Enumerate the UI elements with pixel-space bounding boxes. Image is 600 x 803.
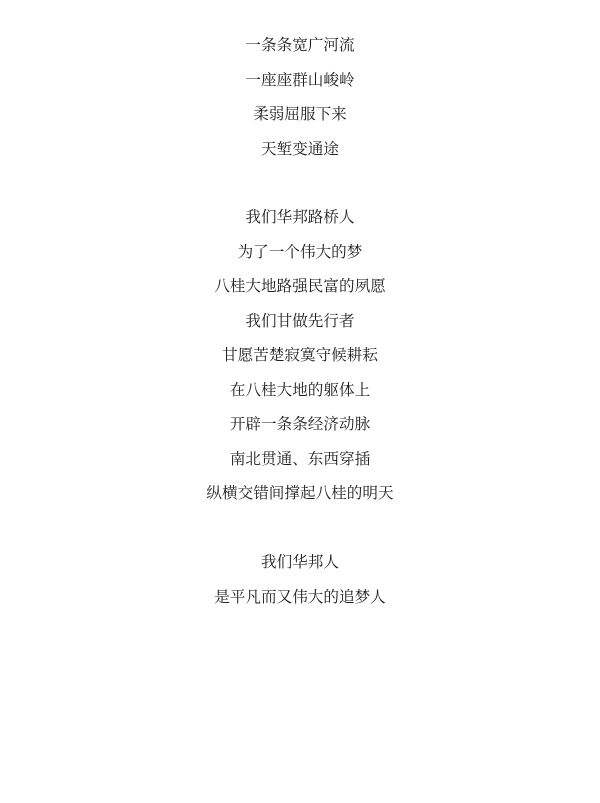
poem-line: 南北贯通、东西穿插 <box>0 442 600 477</box>
poem-line: 我们华邦人 <box>0 545 600 580</box>
poem: 一条条宽广河流 一座座群山峻岭 柔弱屈服下来 天堑变通途 我们华邦路桥人 为了一… <box>0 0 600 803</box>
poem-line: 开辟一条条经济动脉 <box>0 407 600 442</box>
poem-line: 我们华邦路桥人 <box>0 200 600 235</box>
stanza-2: 我们华邦路桥人 为了一个伟大的梦 八桂大地路强民富的夙愿 我们甘做先行者 甘愿苦… <box>0 200 600 511</box>
poem-line: 天堑变通途 <box>0 132 600 167</box>
poem-line: 一座座群山峻岭 <box>0 63 600 98</box>
poem-line: 甘愿苦楚寂寞守候耕耘 <box>0 338 600 373</box>
poem-line: 在八桂大地的躯体上 <box>0 373 600 408</box>
poem-line: 八桂大地路强民富的夙愿 <box>0 269 600 304</box>
poem-line: 为了一个伟大的梦 <box>0 235 600 270</box>
poem-line: 一条条宽广河流 <box>0 28 600 63</box>
stanza-1: 一条条宽广河流 一座座群山峻岭 柔弱屈服下来 天堑变通途 <box>0 28 600 166</box>
poem-line: 我们甘做先行者 <box>0 304 600 339</box>
poem-line: 柔弱屈服下来 <box>0 97 600 132</box>
stanza-3: 我们华邦人 是平凡而又伟大的追梦人 <box>0 545 600 614</box>
poem-line: 纵横交错间撑起八桂的明天 <box>0 476 600 511</box>
poem-line: 是平凡而又伟大的追梦人 <box>0 580 600 615</box>
